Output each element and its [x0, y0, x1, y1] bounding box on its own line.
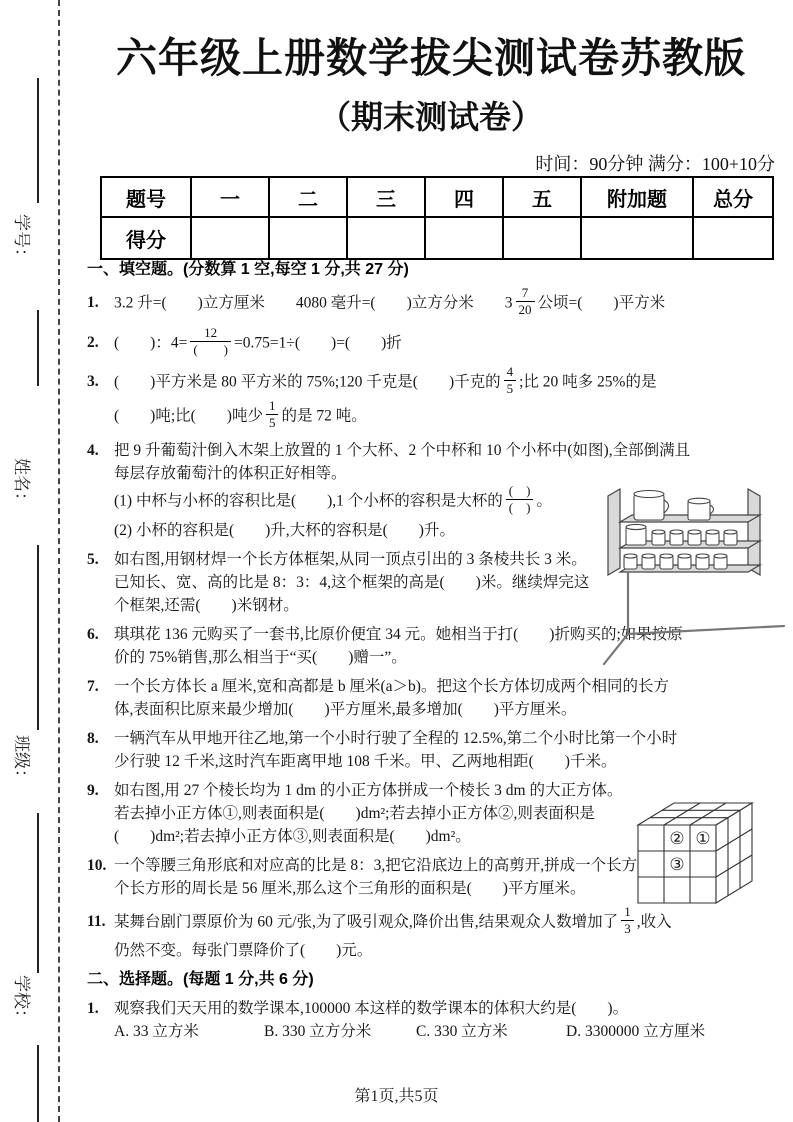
question-text: 如右图,用钢材焊一个长方体框架,从同一顶点引出的 3 条棱共长 3 米。	[114, 551, 587, 568]
score-empty-cell	[425, 217, 503, 259]
cup-shelf-figure	[604, 486, 764, 576]
question-text: 3.2 升=( )立方厘米 4080 毫升=( )立方分米 3	[114, 294, 513, 311]
section2-title: 二、选择题。(每题 1 分,共 6 分)	[87, 968, 787, 991]
small-cup-rim	[670, 530, 683, 534]
question-number: 3.	[87, 370, 111, 393]
question-text: 把 9 升葡萄汁倒入木架上放置的 1 个大杯、2 个中杯和 10 个小杯中(如图…	[114, 442, 690, 459]
small-cup-rim	[706, 530, 719, 534]
small-cup-rim	[714, 554, 727, 558]
question-text: 少行驶 12 千米,这时汽车距离甲地 108 千米。甲、乙两地相距( )千米。	[114, 753, 616, 770]
question-number: 10.	[87, 854, 111, 877]
question-line: ( )吨;比( )吨少15的是 72 吨。	[114, 400, 787, 434]
question-text: 一个长方体长 a 厘米,宽和高都是 b 厘米(a＞b)。把这个长方体切成两个相同…	[114, 678, 669, 695]
fraction: 720	[516, 285, 535, 319]
score-table: 题号 一 二 三 四 五 附加题 总分 得分	[100, 176, 774, 260]
question-line: 11.某舞台剧门票原价为 60 元/张,为了吸引观众,降价出售,结果观众人数增加…	[114, 906, 787, 940]
question-text: ( )dm²;若去掉小正方体③,则表面积是( )dm²。	[114, 828, 471, 845]
side-label-school: 学校：	[11, 975, 36, 1026]
question-line: 8.一辆汽车从甲地开往乙地,第一个小时行驶了全程的 12.5%,第二个小时比第一…	[114, 727, 787, 750]
question-text: 的是 72 吨。	[281, 407, 366, 424]
score-table-score-row: 得分	[101, 217, 773, 259]
option-b: B. 330 立方分米	[264, 1020, 416, 1043]
question-text: (1) 中杯与小杯的容积比是( ),1 个小杯的容积是大杯的	[114, 492, 503, 509]
large-cup-rim	[634, 491, 664, 498]
score-empty-cell	[191, 217, 269, 259]
question-text: 观察我们天天用的数学课本,100000 本这样的数学课本的体积大约是( )。	[114, 1000, 628, 1017]
question-2: 2.( )：4=12( )=0.75=1÷( )=( )折	[87, 327, 787, 361]
score-header-cell: 题号	[101, 177, 191, 217]
paper-subtitle: （期末测试卷）	[85, 92, 777, 138]
side-label-student-id: 学号：	[11, 214, 36, 265]
option-a: A. 33 立方米	[114, 1020, 264, 1043]
student-id-blank-line	[37, 78, 39, 203]
question-line: 体,表面积比原来最少增加( )平方厘米,最多增加( )平方厘米。	[114, 698, 787, 721]
question-3: 3.( )平方米是 80 平方米的 75%;120 千克是( )千克的45;比 …	[87, 366, 787, 433]
option-d: D. 3300000 立方厘米	[566, 1020, 705, 1043]
option-c: C. 330 立方米	[416, 1020, 566, 1043]
question-number: 9.	[87, 779, 111, 802]
class-blank-line	[37, 545, 39, 730]
score-row-label: 得分	[101, 217, 191, 259]
question-number: 1.	[87, 291, 111, 314]
score-header-cell: 附加题	[581, 177, 693, 217]
question-number: 11.	[87, 910, 111, 933]
score-empty-cell	[503, 217, 581, 259]
question-7: 7.一个长方体长 a 厘米,宽和高都是 b 厘米(a＞b)。把这个长方体切成两个…	[87, 675, 787, 721]
question-text: ( )吨;比( )吨少	[114, 407, 263, 424]
cube-label-3: ③	[669, 855, 684, 875]
small-cup-rim	[624, 554, 637, 558]
small-cup-rim	[688, 530, 701, 534]
question-line: 仍然不变。每张门票降价了( )元。	[114, 939, 787, 962]
score-empty-cell	[347, 217, 425, 259]
question-number: 1.	[87, 997, 111, 1020]
section1-title: 一、填空题。(分数算 1 空,每空 1 分,共 27 分)	[87, 258, 787, 281]
question-text: ,收入	[637, 913, 672, 930]
question-text: 个长方形的周长是 56 厘米,那么这个三角形的面积是( )平方厘米。	[114, 880, 585, 897]
paper-title: 六年级上册数学拔尖测试卷苏教版	[85, 25, 777, 84]
question-1: 1.3.2 升=( )立方厘米 4080 毫升=( )立方分米 3720公顷=(…	[87, 287, 787, 321]
question-number: 7.	[87, 675, 111, 698]
cuboid-edges-figure	[598, 564, 793, 670]
small-cup-rim	[678, 554, 691, 558]
small-cup-rim	[696, 554, 709, 558]
question-line: 4.把 9 升葡萄汁倒入木架上放置的 1 个大杯、2 个中杯和 10 个小杯中(…	[114, 439, 787, 462]
diagonal-edge	[604, 634, 628, 664]
question-number: 4.	[87, 439, 111, 462]
small-cup-rim	[724, 530, 737, 534]
question-line: 3.( )平方米是 80 平方米的 75%;120 千克是( )千克的45;比 …	[114, 366, 787, 400]
time-score-info: 时间：90分钟 满分：100+10分	[85, 150, 777, 176]
horizontal-edge	[628, 626, 784, 634]
question-number: 6.	[87, 623, 111, 646]
fraction: 12( )	[190, 325, 231, 359]
score-empty-cell	[581, 217, 693, 259]
fraction: ( )( )	[506, 483, 534, 517]
medium-cup-rim	[688, 498, 710, 504]
question-text: 一个等腰三角形底和对应高的比是 8：3,把它沿底边上的高剪开,拼成一个长方形,这	[114, 857, 672, 874]
cube-figure: ② ① ③	[634, 795, 770, 905]
small-cup-rim	[652, 530, 665, 534]
score-header-cell: 五	[503, 177, 581, 217]
question-text: 已知长、宽、高的比是 8：3：4,这个框架的高是( )米。继续焊完这	[114, 574, 589, 591]
score-empty-cell	[269, 217, 347, 259]
question-line: 1.观察我们天天用的数学课本,100000 本这样的数学课本的体积大约是( )。	[114, 997, 787, 1020]
score-empty-cell	[693, 217, 773, 259]
school-blank-line	[37, 813, 39, 973]
fraction: 13	[621, 904, 634, 938]
question-text: 体,表面积比原来最少增加( )平方厘米,最多增加( )平方厘米。	[114, 701, 576, 718]
score-header-cell: 四	[425, 177, 503, 217]
name-blank-line	[37, 310, 39, 386]
choice-question-1: 1.观察我们天天用的数学课本,100000 本这样的数学课本的体积大约是( )。…	[87, 997, 787, 1043]
cube-label-2: ②	[669, 829, 684, 849]
large-cup-handle	[664, 500, 669, 513]
page-number: 第1页,共5页	[0, 1083, 793, 1106]
side-label-class: 班级：	[11, 735, 36, 786]
side-label-name: 姓名：	[11, 458, 36, 509]
question-text: ( )：4=	[114, 334, 187, 351]
score-table-header-row: 题号 一 二 三 四 五 附加题 总分	[101, 177, 773, 217]
question-line: 每层存放葡萄汁的体积正好相等。	[114, 462, 787, 485]
question-text: =0.75=1÷( )=( )折	[234, 334, 402, 351]
shelf-right-panel	[748, 489, 760, 575]
question-number: 2.	[87, 331, 111, 354]
question-number: 8.	[87, 727, 111, 750]
question-line: 少行驶 12 千米,这时汽车距离甲地 108 千米。甲、乙两地相距( )千米。	[114, 750, 787, 773]
question-line: 1.3.2 升=( )立方厘米 4080 毫升=( )立方分米 3720公顷=(…	[114, 287, 787, 321]
question-text: 价的 75%销售,那么相当于“买( )赠一”。	[114, 649, 407, 666]
shelf-left-panel	[608, 489, 620, 575]
question-text: 个框架,还需( )米钢材。	[114, 597, 299, 614]
cube-label-1: ①	[695, 829, 710, 849]
score-header-cell: 二	[269, 177, 347, 217]
question-8: 8.一辆汽车从甲地开往乙地,第一个小时行驶了全程的 12.5%,第二个小时比第一…	[87, 727, 787, 773]
question-text: ;比 20 吨多 25%的是	[519, 373, 656, 390]
question-text: 仍然不变。每张门票降价了( )元。	[114, 942, 372, 959]
medium-cup-2-rim	[626, 524, 646, 529]
question-text: ( )平方米是 80 平方米的 75%;120 千克是( )千克的	[114, 373, 501, 390]
test-paper-page: 学号： 姓名： 班级： 学校： 六年级上册数学拔尖测试卷苏教版 （期末测试卷） …	[0, 0, 793, 1122]
options-row: A. 33 立方米B. 330 立方分米C. 330 立方米D. 3300000…	[114, 1020, 787, 1043]
fraction: 45	[504, 364, 517, 398]
question-line: 7.一个长方体长 a 厘米,宽和高都是 b 厘米(a＞b)。把这个长方体切成两个…	[114, 675, 787, 698]
question-text: 如右图,用 27 个棱长均为 1 dm 的小正方体拼成一个棱长 3 dm 的大正…	[114, 782, 623, 799]
question-text: (2) 小杯的容积是( )升,大杯的容积是( )升。	[114, 522, 455, 539]
question-11: 11.某舞台剧门票原价为 60 元/张,为了吸引观众,降价出售,结果观众人数增加…	[87, 906, 787, 963]
question-line: 2.( )：4=12( )=0.75=1÷( )=( )折	[114, 327, 787, 361]
fraction: 15	[266, 398, 279, 432]
question-text: 公顷=( )平方米	[538, 294, 666, 311]
question-text: 每层存放葡萄汁的体积正好相等。	[114, 465, 347, 482]
question-text: 某舞台剧门票原价为 60 元/张,为了吸引观众,降价出售,结果观众人数增加了	[114, 913, 618, 930]
binding-dashed-line	[58, 0, 60, 1122]
small-cup-rim	[642, 554, 655, 558]
small-cup-rim	[660, 554, 673, 558]
question-number: 5.	[87, 548, 111, 571]
score-header-cell: 一	[191, 177, 269, 217]
score-header-cell: 三	[347, 177, 425, 217]
score-header-cell: 总分	[693, 177, 773, 217]
header: 六年级上册数学拔尖测试卷苏教版 （期末测试卷） 时间：90分钟 满分：100+1…	[85, 0, 777, 176]
question-text: 若去掉小正方体①,则表面积是( )dm²;若去掉小正方体②,则表面积是	[114, 805, 595, 822]
question-text: 。	[536, 492, 552, 509]
question-text: 一辆汽车从甲地开往乙地,第一个小时行驶了全程的 12.5%,第二个小时比第一个小…	[114, 730, 677, 747]
